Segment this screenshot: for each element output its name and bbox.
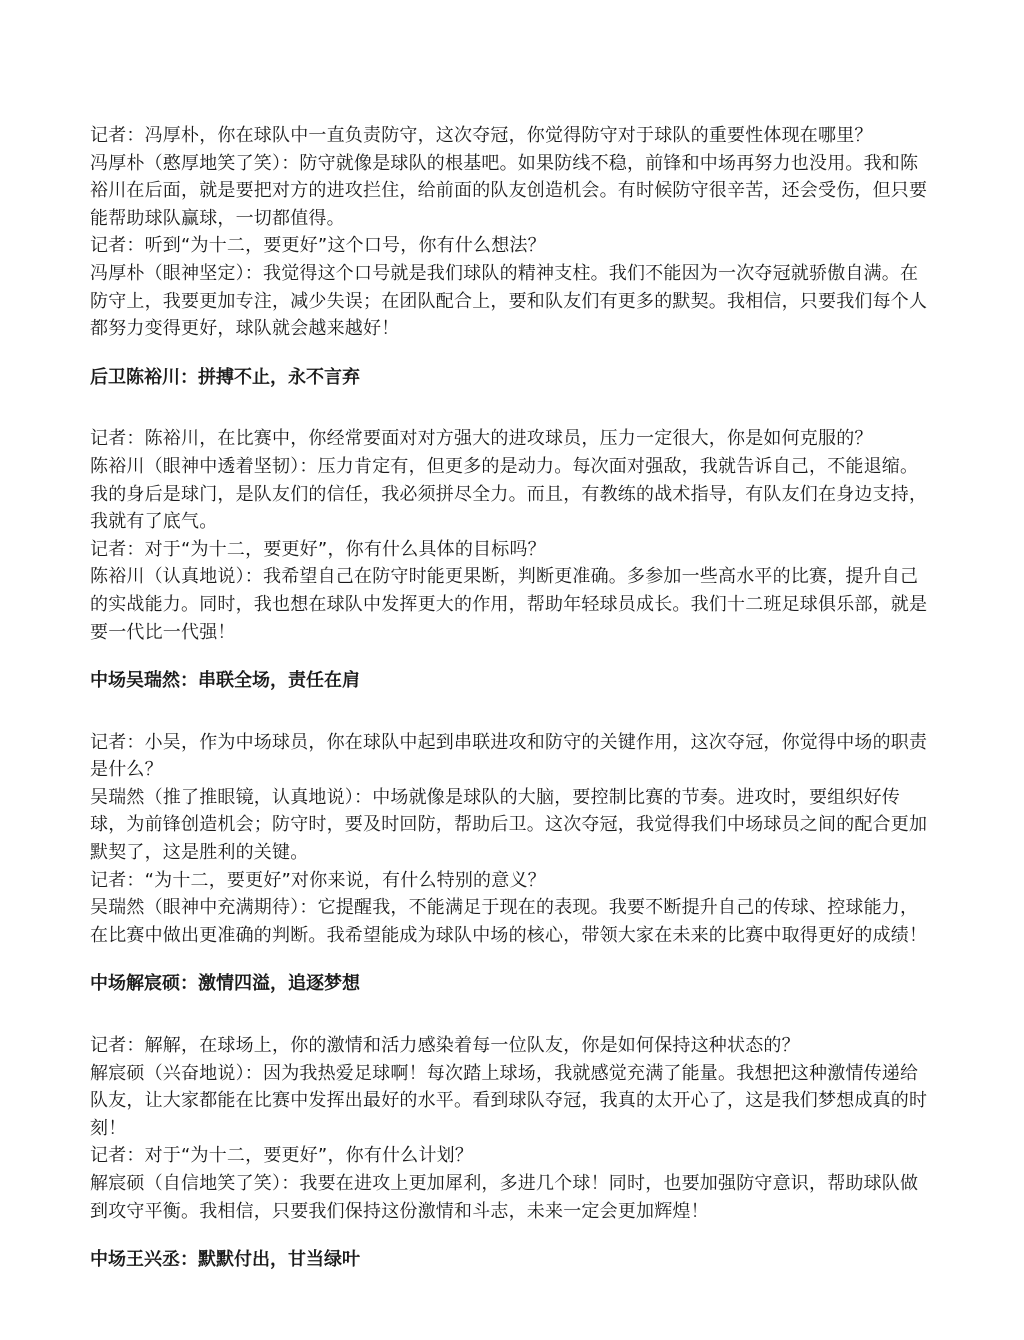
reporter-question: 记者：冯厚朴，你在球队中一直负责防守，这次夺冠，你觉得防守对于球队的重要性体现在…: [90, 122, 930, 150]
reporter-question: 记者：小吴，作为中场球员，你在球队中起到串联进攻和防守的关键作用，这次夺冠，你觉…: [90, 729, 930, 784]
section-heading: 中场解宸硕：激情四溢，追逐梦想: [90, 970, 930, 998]
reporter-question: 记者：解解，在球场上，你的激情和活力感染着每一位队友，你是如何保持这种状态的？: [90, 1032, 930, 1060]
player-answer: 吴瑞然（推了推眼镜，认真地说）：中场就像是球队的大脑，要控制比赛的节奏。进攻时，…: [90, 784, 930, 867]
reporter-question: 记者：陈裕川，在比赛中，你经常要面对对方强大的进攻球员，压力一定很大，你是如何克…: [90, 425, 930, 453]
player-answer: 冯厚朴（憨厚地笑了笑）：防守就像是球队的根基吧。如果防线不稳，前锋和中场再努力也…: [90, 150, 930, 233]
player-answer: 陈裕川（认真地说）：我希望自己在防守时能更果断，判断更准确。多参加一些高水平的比…: [90, 563, 930, 646]
player-answer: 解宸硕（兴奋地说）：因为我热爱足球啊！每次踏上球场，我就感觉充满了能量。我想把这…: [90, 1060, 930, 1143]
interview-section-feng-houpu: 记者：冯厚朴，你在球队中一直负责防守，这次夺冠，你觉得防守对于球队的重要性体现在…: [90, 122, 930, 343]
reporter-question: 记者：对于“为十二，要更好”，你有什么计划？: [90, 1142, 930, 1170]
section-heading: 后卫陈裕川：拼搏不止，永不言弃: [90, 364, 930, 392]
interview-section-wang-xingcheng: 中场王兴丞：默默付出，甘当绿叶: [90, 1246, 930, 1274]
player-answer: 冯厚朴（眼神坚定）：我觉得这个口号就是我们球队的精神支柱。我们不能因为一次夺冠就…: [90, 260, 930, 343]
interview-section-chen-yuchuan: 后卫陈裕川：拼搏不止，永不言弃 记者：陈裕川，在比赛中，你经常要面对对方强大的进…: [90, 364, 930, 646]
section-heading: 中场吴瑞然：串联全场，责任在肩: [90, 667, 930, 695]
reporter-question: 记者：听到“为十二，要更好”这个口号，你有什么想法？: [90, 232, 930, 260]
reporter-question: 记者：“为十二，要更好”对你来说，有什么特别的意义？: [90, 867, 930, 895]
player-answer: 陈裕川（眼神中透着坚韧）：压力肯定有，但更多的是动力。每次面对强敌，我就告诉自己…: [90, 453, 930, 536]
section-heading: 中场王兴丞：默默付出，甘当绿叶: [90, 1246, 930, 1274]
document-page: 记者：冯厚朴，你在球队中一直负责防守，这次夺冠，你觉得防守对于球队的重要性体现在…: [90, 122, 930, 1274]
interview-section-xie-chenshuo: 中场解宸硕：激情四溢，追逐梦想 记者：解解，在球场上，你的激情和活力感染着每一位…: [90, 970, 930, 1225]
reporter-question: 记者：对于“为十二，要更好”，你有什么具体的目标吗？: [90, 536, 930, 564]
interview-section-wu-ruiran: 中场吴瑞然：串联全场，责任在肩 记者：小吴，作为中场球员，你在球队中起到串联进攻…: [90, 667, 930, 949]
player-answer: 吴瑞然（眼神中充满期待）：它提醒我，不能满足于现在的表现。我要不断提升自己的传球…: [90, 894, 930, 949]
player-answer: 解宸硕（自信地笑了笑）：我要在进攻上更加犀利，多进几个球！同时，也要加强防守意识…: [90, 1170, 930, 1225]
